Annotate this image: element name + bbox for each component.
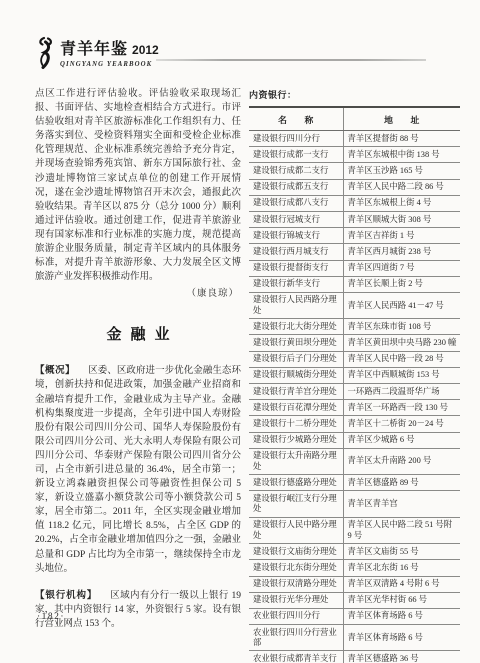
- logo-title-line: 青羊年鉴 2012: [60, 36, 159, 59]
- bank-address-cell: 青羊区中西顺城街 153 号: [343, 367, 460, 383]
- table-row: 建设银行西月城支行青羊区西月城街 238 号: [249, 244, 460, 260]
- bank-name-cell: 建设银行冠城支行: [249, 211, 343, 227]
- table-row: 建设银行成都一支行青羊区东城根中街 138 号: [249, 147, 460, 163]
- table-row: 建设银行四川分行青羊区提督街 88 号: [249, 131, 460, 147]
- table-row: 建设银行太升南路分理处青羊区太升南路 200 号: [249, 448, 460, 474]
- bank-address-cell: 一环路西二段温哥华广场: [343, 384, 460, 400]
- table-row: 建设银行十二桥分理处青羊区十二桥街 20－24 号: [249, 416, 460, 432]
- bank-name-cell: 建设银行锦城支行: [249, 228, 343, 244]
- table-row: 建设银行黄田坝分理处青羊区黄田坝中央马路 230 幢: [249, 335, 460, 351]
- bank-address-cell: 青羊区少城路 6 号: [343, 432, 460, 448]
- bank-address-cell: 青羊区西月城街 238 号: [343, 244, 460, 260]
- bank-name-cell: 建设银行德盛路分理处: [249, 475, 343, 491]
- page-number: ·182·: [37, 612, 65, 622]
- bank-address-cell: 青羊区人民中路二段 86 号: [343, 179, 460, 195]
- table-row: 建设银行岷江支行分理处青羊区青羊宫: [249, 491, 460, 517]
- yearbook-logo: 青羊年鉴 2012 QINGYANG YEARBOOK: [35, 36, 159, 75]
- bank-name-cell: 建设银行北东街分理处: [249, 560, 343, 576]
- right-column: 内资银行： 名 称 地 址 建设银行四川分行青羊区提督街 88 号建设银行成都一…: [249, 87, 460, 663]
- bank-name-cell: 建设银行成都五支行: [249, 179, 343, 195]
- bank-name-cell: 建设银行提督街支行: [249, 260, 343, 276]
- table-row: 建设银行光华分理处青羊区光华村街 66 号: [249, 592, 460, 608]
- bank-address-cell: 青羊区东珠市街 108 号: [343, 319, 460, 335]
- overview-label: 【概况】: [35, 366, 75, 376]
- banks-table-body: 建设银行四川分行青羊区提督街 88 号建设银行成都一支行青羊区东城根中街 138…: [249, 131, 460, 663]
- bank-address-cell: 青羊区青羊宫: [343, 491, 460, 517]
- column-header-address: 地 址: [343, 107, 460, 131]
- bank-address-cell: 青羊区体育场路 6 号: [343, 625, 460, 651]
- table-row: 建设银行少城路分理处青羊区少城路 6 号: [249, 432, 460, 448]
- table-row: 建设银行成都五支行青羊区人民中路二段 86 号: [249, 179, 460, 195]
- bank-address-cell: 青羊区太升南路 200 号: [343, 448, 460, 474]
- bank-address-cell: 青羊区人民中路一段 28 号: [343, 351, 460, 367]
- bank-address-cell: 青羊区体育场路 6 号: [343, 608, 460, 624]
- bank-name-cell: 建设银行新华支行: [249, 276, 343, 292]
- left-column: 点区工作进行评估验收。评估验收采取现场汇报、书面评估、实地检查相结合方式进行。市…: [35, 87, 241, 663]
- bank-name-cell: 建设银行文庙街分理处: [249, 544, 343, 560]
- bank-name-cell: 农业银行四川分行营业部: [249, 625, 343, 651]
- bank-name-cell: 建设银行顺城街分理处: [249, 367, 343, 383]
- bank-address-cell: 青羊区人民西路 41－47 号: [343, 292, 460, 318]
- content-columns: 点区工作进行评估验收。评估验收采取现场汇报、书面评估、实地检查相结合方式进行。市…: [35, 87, 460, 663]
- bank-name-cell: 建设银行人民中路分理处: [249, 517, 343, 543]
- table-row: 农业银行四川分行营业部青羊区体育场路 6 号: [249, 625, 460, 651]
- table-row: 农业银行成都青羊支行青羊区德盛路 36 号: [249, 651, 460, 663]
- bank-name-cell: 建设银行少城路分理处: [249, 432, 343, 448]
- bank-name-cell: 建设银行黄田坝分理处: [249, 335, 343, 351]
- table-row: 建设银行北大街分理处青羊区东珠市街 108 号: [249, 319, 460, 335]
- table-row: 建设银行后子门分理处青羊区人民中路一段 28 号: [249, 351, 460, 367]
- bank-name-cell: 建设银行百花潭分理处: [249, 400, 343, 416]
- table-header-row: 名 称 地 址: [249, 107, 460, 131]
- bank-address-cell: 青羊区文庙街 55 号: [343, 544, 460, 560]
- bank-address-cell: 青羊区四道街 7 号: [343, 260, 460, 276]
- banks-table-head: 名 称 地 址: [249, 107, 460, 131]
- bank-address-cell: 青羊区东城根中街 138 号: [343, 147, 460, 163]
- bank-address-cell: 青羊区顺城大街 308 号: [343, 211, 460, 227]
- bank-address-cell: 青羊区人民中路二段 51 号附 9 号: [343, 517, 460, 543]
- table-row: 建设银行文庙街分理处青羊区文庙街 55 号: [249, 544, 460, 560]
- table-row: 建设银行人民西路分理处青羊区人民西路 41－47 号: [249, 292, 460, 318]
- overview-text: 区委、区政府进一步优化金融生态环境，创新扶持和促进政策，加强金融产业招商和金融培…: [35, 366, 241, 573]
- table-row: 农业银行四川分行青羊区体育场路 6 号: [249, 608, 460, 624]
- bank-name-cell: 建设银行光华分理处: [249, 592, 343, 608]
- bank-name-cell: 建设银行双清路分理处: [249, 576, 343, 592]
- author-attribution: （康良琼）: [35, 285, 239, 299]
- bank-institutions-paragraph: 【银行机构】区域内有分行一级以上银行 19 家，其中内资银行 14 家，外资银行…: [35, 589, 241, 631]
- banks-table-label: 内资银行：: [249, 88, 460, 101]
- bank-address-cell: 青羊区东城根上街 4 号: [343, 195, 460, 211]
- table-row: 建设银行双清路分理处青羊区双清路 4 号附 6 号: [249, 576, 460, 592]
- bank-name-cell: 建设银行青羊宫分理处: [249, 384, 343, 400]
- bank-institutions-label: 【银行机构】: [35, 591, 97, 601]
- table-row: 建设银行冠城支行青羊区顺城大街 308 号: [249, 211, 460, 227]
- logo-year: 2012: [132, 43, 159, 57]
- table-row: 建设银行德盛路分理处青羊区德盛路 89 号: [249, 475, 460, 491]
- bank-address-cell: 青羊区玉沙路 165 号: [343, 163, 460, 179]
- bank-address-cell: 青羊区德盛路 36 号: [343, 651, 460, 663]
- table-row: 建设银行提督街支行青羊区四道街 7 号: [249, 260, 460, 276]
- bank-name-cell: 建设银行岷江支行分理处: [249, 491, 343, 517]
- bank-name-cell: 农业银行四川分行: [249, 608, 343, 624]
- table-row: 建设银行人民中路分理处青羊区人民中路二段 51 号附 9 号: [249, 517, 460, 543]
- overview-paragraph: 【概况】区委、区政府进一步优化金融生态环境，创新扶持和促进政策，加强金融产业招商…: [35, 364, 241, 575]
- table-row: 建设银行锦城支行青羊区吉祥街 1 号: [249, 228, 460, 244]
- bank-address-cell: 青羊区德盛路 89 号: [343, 475, 460, 491]
- bank-address-cell: 青羊区双清路 4 号附 6 号: [343, 576, 460, 592]
- bank-name-cell: 建设银行后子门分理处: [249, 351, 343, 367]
- bank-address-cell: 青羊区吉祥街 1 号: [343, 228, 460, 244]
- table-row: 建设银行百花潭分理处青羊区一环路西一段 130 号: [249, 400, 460, 416]
- bank-name-cell: 建设银行人民西路分理处: [249, 292, 343, 318]
- table-row: 建设银行新华支行青羊区长顺上街 2 号: [249, 276, 460, 292]
- bank-address-cell: 青羊区长顺上街 2 号: [343, 276, 460, 292]
- section-title-finance: 金融业: [44, 323, 241, 344]
- bank-name-cell: 建设银行太升南路分理处: [249, 448, 343, 474]
- logo-title-cn: 青羊年鉴: [60, 36, 128, 59]
- bank-address-cell: 青羊区提督街 88 号: [343, 131, 460, 147]
- page-header: 青羊年鉴 2012 QINGYANG YEARBOOK: [35, 36, 159, 78]
- table-row: 建设银行成都八支行青羊区东城根上街 4 号: [249, 195, 460, 211]
- bank-address-cell: 青羊区十二桥街 20－24 号: [343, 416, 460, 432]
- yearbook-page: 青羊年鉴 2012 QINGYANG YEARBOOK 点区工作进行评估验收。评…: [0, 0, 480, 663]
- bank-name-cell: 建设银行成都八支行: [249, 195, 343, 211]
- goat-calligraphy-icon: [35, 36, 57, 75]
- bank-address-cell: 青羊区黄田坝中央马路 230 幢: [343, 335, 460, 351]
- column-header-name: 名 称: [249, 107, 343, 131]
- domestic-banks-table: 名 称 地 址 建设银行四川分行青羊区提督街 88 号建设银行成都一支行青羊区东…: [249, 106, 460, 663]
- bank-address-cell: 青羊区一环路西一段 130 号: [343, 400, 460, 416]
- bank-address-cell: 青羊区北东街 16 号: [343, 560, 460, 576]
- table-row: 建设银行青羊宫分理处一环路西二段温哥华广场: [249, 384, 460, 400]
- header-rule-line: [156, 59, 426, 61]
- logo-text-block: 青羊年鉴 2012 QINGYANG YEARBOOK: [60, 36, 159, 68]
- bank-name-cell: 建设银行四川分行: [249, 131, 343, 147]
- bank-name-cell: 建设银行北大街分理处: [249, 319, 343, 335]
- bank-name-cell: 农业银行成都青羊支行: [249, 651, 343, 663]
- bank-address-cell: 青羊区光华村街 66 号: [343, 592, 460, 608]
- continuation-paragraph: 点区工作进行评估验收。评估验收采取现场汇报、书面评估、实地检查相结合方式进行。市…: [35, 87, 241, 284]
- table-row: 建设银行北东街分理处青羊区北东街 16 号: [249, 560, 460, 576]
- logo-subtitle-en: QINGYANG YEARBOOK: [60, 61, 159, 68]
- bank-name-cell: 建设银行成都二支行: [249, 163, 343, 179]
- bank-name-cell: 建设银行十二桥分理处: [249, 416, 343, 432]
- bank-name-cell: 建设银行西月城支行: [249, 244, 343, 260]
- bank-name-cell: 建设银行成都一支行: [249, 147, 343, 163]
- table-row: 建设银行顺城街分理处青羊区中西顺城街 153 号: [249, 367, 460, 383]
- table-row: 建设银行成都二支行青羊区玉沙路 165 号: [249, 163, 460, 179]
